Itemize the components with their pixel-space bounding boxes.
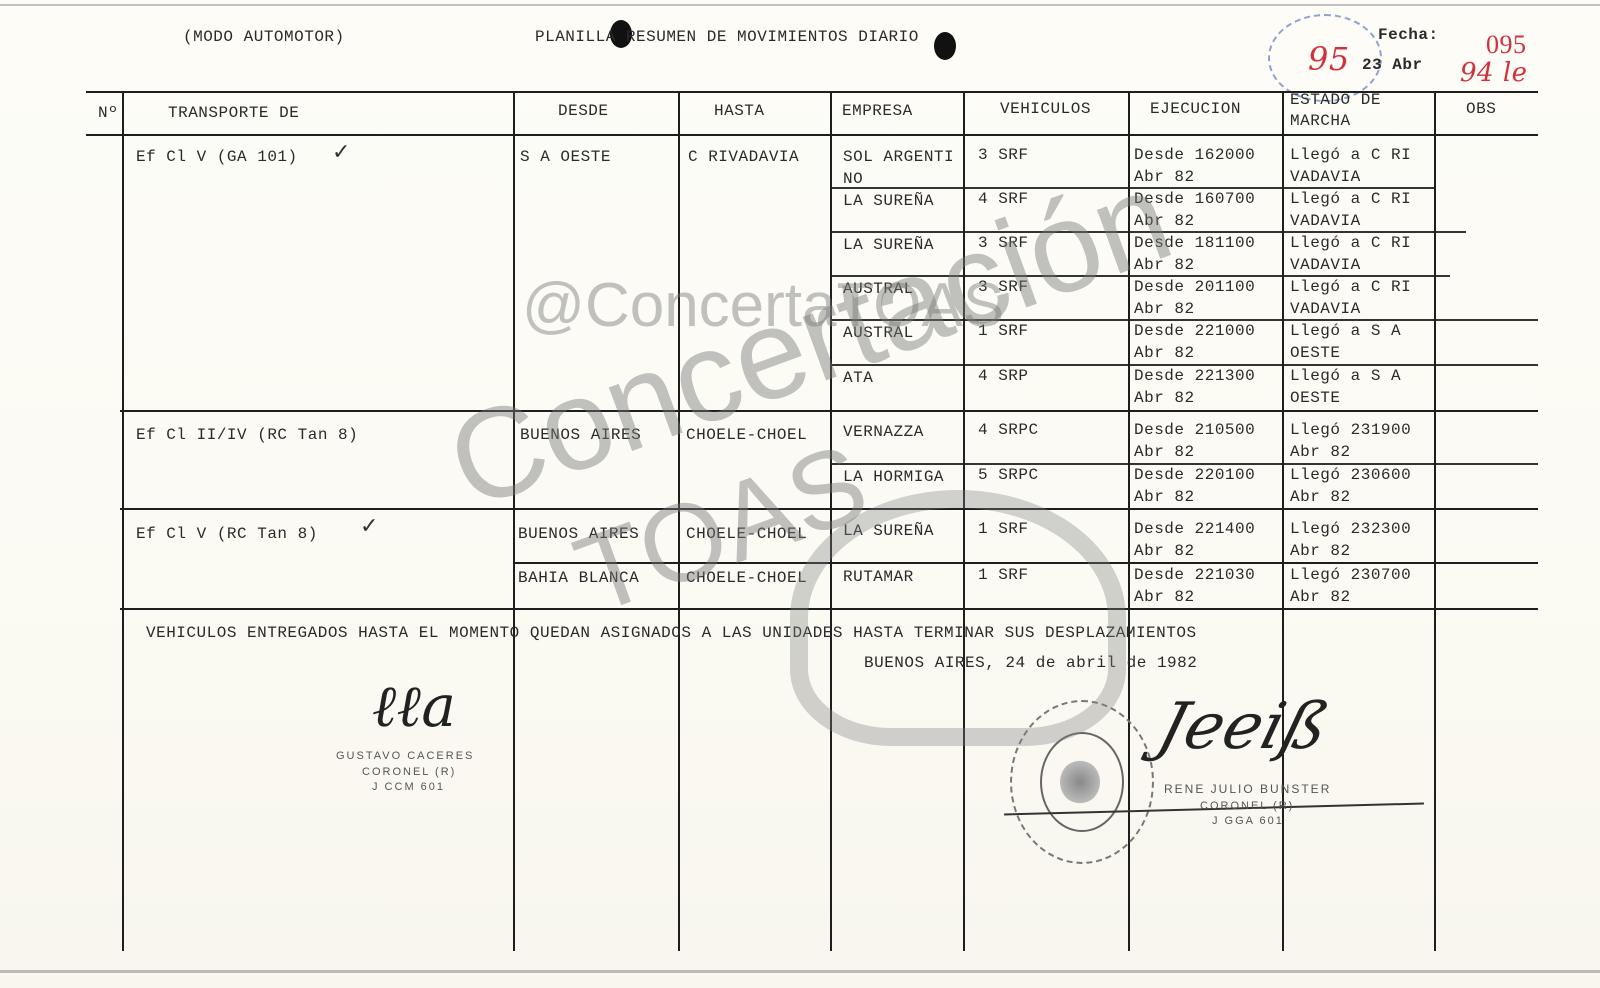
col-header-numero: Nº xyxy=(98,104,118,122)
estado-cell-line1: Llegó a C RI xyxy=(1290,146,1411,164)
group2-transporte: Ef Cl II/IV (RC Tan 8) xyxy=(136,426,358,444)
row-rule xyxy=(830,463,1538,465)
estado-cell-line2: Abr 82 xyxy=(1290,443,1351,461)
col-rule xyxy=(1434,91,1436,951)
empresa-cell: AUSTRAL xyxy=(843,322,955,344)
col-rule xyxy=(122,91,124,951)
ejecucion-cell-line1: Desde 160700 xyxy=(1134,190,1255,208)
table-bottom-rule xyxy=(120,608,1538,610)
ejecucion-cell-line1: Desde 220100 xyxy=(1134,466,1255,484)
signer-right-unit: J GGA 601 xyxy=(1212,815,1284,827)
ejecucion-cell-line1: Desde 221030 xyxy=(1134,566,1255,584)
estado-cell-line2: OESTE xyxy=(1290,389,1341,407)
handwritten-folio-1: 95 xyxy=(1308,40,1350,78)
header-bottom-rule xyxy=(86,134,1538,136)
empresa-cell: ATA xyxy=(843,367,955,389)
vehiculos-cell: 1 SRF xyxy=(978,566,1029,584)
empresa-cell: LA SUREÑA xyxy=(843,190,955,212)
group1-transporte: Ef Cl V (GA 101) xyxy=(136,148,298,166)
empresa-cell: SOL ARGENTINO xyxy=(843,146,955,190)
checkmark-icon: ✓ xyxy=(332,140,350,165)
checkmark-icon: ✓ xyxy=(360,514,378,539)
footer-note: VEHICULOS ENTREGADOS HASTA EL MOMENTO QU… xyxy=(146,624,1197,642)
row-rule-group3 xyxy=(515,562,1538,564)
fecha-label: Fecha: xyxy=(1378,26,1439,44)
vehiculos-cell: 3 SRF xyxy=(978,146,1029,164)
group3-row2-desde: BAHIA BLANCA xyxy=(518,569,639,587)
ejecucion-cell-line2: Abr 82 xyxy=(1134,443,1195,461)
signer-left-name: GUSTAVO CACERES xyxy=(336,750,474,762)
ejecucion-cell-line1: Desde 162000 xyxy=(1134,146,1255,164)
col-rule xyxy=(830,91,832,951)
estado-cell-line2: Abr 82 xyxy=(1290,588,1351,606)
document-page: (MODO AUTOMOTOR) PLANILLA RESUMEN DE MOV… xyxy=(0,0,1600,988)
ejecucion-cell-line2: Abr 82 xyxy=(1134,344,1195,362)
page-edge-bottom xyxy=(0,970,1600,973)
vehiculos-cell: 1 SRF xyxy=(978,520,1029,538)
empresa-cell: LA SUREÑA xyxy=(843,520,955,542)
signer-right-rank: CORONEL (R) xyxy=(1200,800,1294,812)
col-header-empresa: EMPRESA xyxy=(842,102,913,120)
place-date: BUENOS AIRES, 24 de abril de 1982 xyxy=(864,654,1197,672)
vehiculos-cell: 3 SRF xyxy=(978,234,1029,252)
ejecucion-cell-line1: Desde 201100 xyxy=(1134,278,1255,296)
ejecucion-cell-line2: Abr 82 xyxy=(1134,212,1195,230)
empresa-cell: LA SUREÑA xyxy=(843,234,955,256)
estado-cell-line2: VADAVIA xyxy=(1290,300,1361,318)
group1-hasta: C RIVADAVIA xyxy=(688,148,799,166)
estado-cell-line1: Llegó 230600 xyxy=(1290,466,1411,484)
vehiculos-cell: 1 SRF xyxy=(978,322,1029,340)
ejecucion-cell-line2: Abr 82 xyxy=(1134,168,1195,186)
col-header-estado: ESTADO DE MARCHA xyxy=(1290,90,1430,132)
ejecucion-cell-line2: Abr 82 xyxy=(1134,588,1195,606)
group3-row1-hasta: CHOELE-CHOEL xyxy=(686,525,807,543)
vehiculos-cell: 5 SRPC xyxy=(978,466,1039,484)
row-rule xyxy=(830,364,1538,366)
row-rule xyxy=(830,275,1450,277)
estado-cell-line1: Llegó a C RI xyxy=(1290,234,1411,252)
handwritten-folio-2: 94 le xyxy=(1460,58,1528,88)
ejecucion-cell-line2: Abr 82 xyxy=(1134,300,1195,318)
group-rule-1 xyxy=(120,410,1538,412)
row-rule xyxy=(830,319,1538,321)
punch-hole-right xyxy=(934,32,956,60)
empresa-cell: RUTAMAR xyxy=(843,566,955,588)
empresa-cell: LA HORMIGA xyxy=(843,466,955,488)
ejecucion-cell-line2: Abr 82 xyxy=(1134,488,1195,506)
col-header-desde: DESDE xyxy=(558,102,609,120)
group-rule-2 xyxy=(120,508,1538,510)
estado-cell-line2: Abr 82 xyxy=(1290,542,1351,560)
estado-cell-line1: Llegó a C RI xyxy=(1290,190,1411,208)
group3-row2-hasta: CHOELE-CHOEL xyxy=(686,569,807,587)
fecha-value: 23 Abr xyxy=(1362,56,1423,74)
signature-left-icon: ℓℓa xyxy=(372,672,456,740)
vehiculos-cell: 4 SRPC xyxy=(978,421,1039,439)
ejecucion-cell-line1: Desde 221000 xyxy=(1134,322,1255,340)
estado-cell-line1: Llegó a S A xyxy=(1290,367,1401,385)
ejecucion-cell-line1: Desde 181100 xyxy=(1134,234,1255,252)
row-rule xyxy=(830,231,1466,233)
estado-cell-line2: Abr 82 xyxy=(1290,488,1351,506)
group3-row1-desde: BUENOS AIRES xyxy=(518,525,639,543)
estado-cell-line2: VADAVIA xyxy=(1290,168,1361,186)
ejecucion-cell-line1: Desde 210500 xyxy=(1134,421,1255,439)
estado-cell-line2: OESTE xyxy=(1290,344,1341,362)
vehiculos-cell: 4 SRP xyxy=(978,367,1029,385)
official-seal-icon xyxy=(1010,700,1154,864)
col-header-transporte: TRANSPORTE DE xyxy=(168,104,299,122)
estado-cell-line1: Llegó 231900 xyxy=(1290,421,1411,439)
estado-cell-line2: VADAVIA xyxy=(1290,212,1361,230)
col-rule xyxy=(678,91,680,951)
signer-right-name: RENE JULIO BUNSTER xyxy=(1164,782,1331,796)
col-header-ejecucion: EJECUCION xyxy=(1150,100,1241,118)
vehiculos-cell: 4 SRF xyxy=(978,190,1029,208)
estado-cell-line1: Llegó 230700 xyxy=(1290,566,1411,584)
ejecucion-cell-line2: Abr 82 xyxy=(1134,389,1195,407)
empresa-cell: VERNAZZA xyxy=(843,421,955,443)
mode-label: (MODO AUTOMOTOR) xyxy=(183,28,345,46)
empresa-cell: AUSTRAL xyxy=(843,278,955,300)
group1-desde: S A OESTE xyxy=(520,148,611,166)
col-header-hasta: HASTA xyxy=(714,102,765,120)
vehiculos-cell: 3 SRF xyxy=(978,278,1029,296)
ejecucion-cell-line1: Desde 221400 xyxy=(1134,520,1255,538)
estado-cell-line2: VADAVIA xyxy=(1290,256,1361,274)
signature-right-icon: Jeeiß xyxy=(1150,690,1337,764)
group2-hasta: CHOELE-CHOEL xyxy=(686,426,807,444)
estado-cell-line1: Llegó 232300 xyxy=(1290,520,1411,538)
col-rule xyxy=(963,91,965,951)
ejecucion-cell-line2: Abr 82 xyxy=(1134,542,1195,560)
ejecucion-cell-line2: Abr 82 xyxy=(1134,256,1195,274)
estado-cell-line1: Llegó a S A xyxy=(1290,322,1401,340)
folio-stamp-number: 095 xyxy=(1486,30,1527,60)
page-edge-top xyxy=(0,4,1600,6)
estado-cell-line1: Llegó a C RI xyxy=(1290,278,1411,296)
signer-left-rank: CORONEL (R) xyxy=(362,766,456,778)
document-title: PLANILLA RESUMEN DE MOVIMIENTOS DIARIO xyxy=(535,28,919,46)
col-header-vehiculos: VEHICULOS xyxy=(1000,100,1091,118)
col-header-obs: OBS xyxy=(1466,100,1496,118)
group2-desde: BUENOS AIRES xyxy=(520,426,641,444)
ejecucion-cell-line1: Desde 221300 xyxy=(1134,367,1255,385)
col-rule xyxy=(513,91,515,951)
group3-transporte: Ef Cl V (RC Tan 8) xyxy=(136,525,318,543)
watermark-title: Concertación xyxy=(430,142,1189,538)
signer-left-unit: J CCM 601 xyxy=(372,781,445,793)
